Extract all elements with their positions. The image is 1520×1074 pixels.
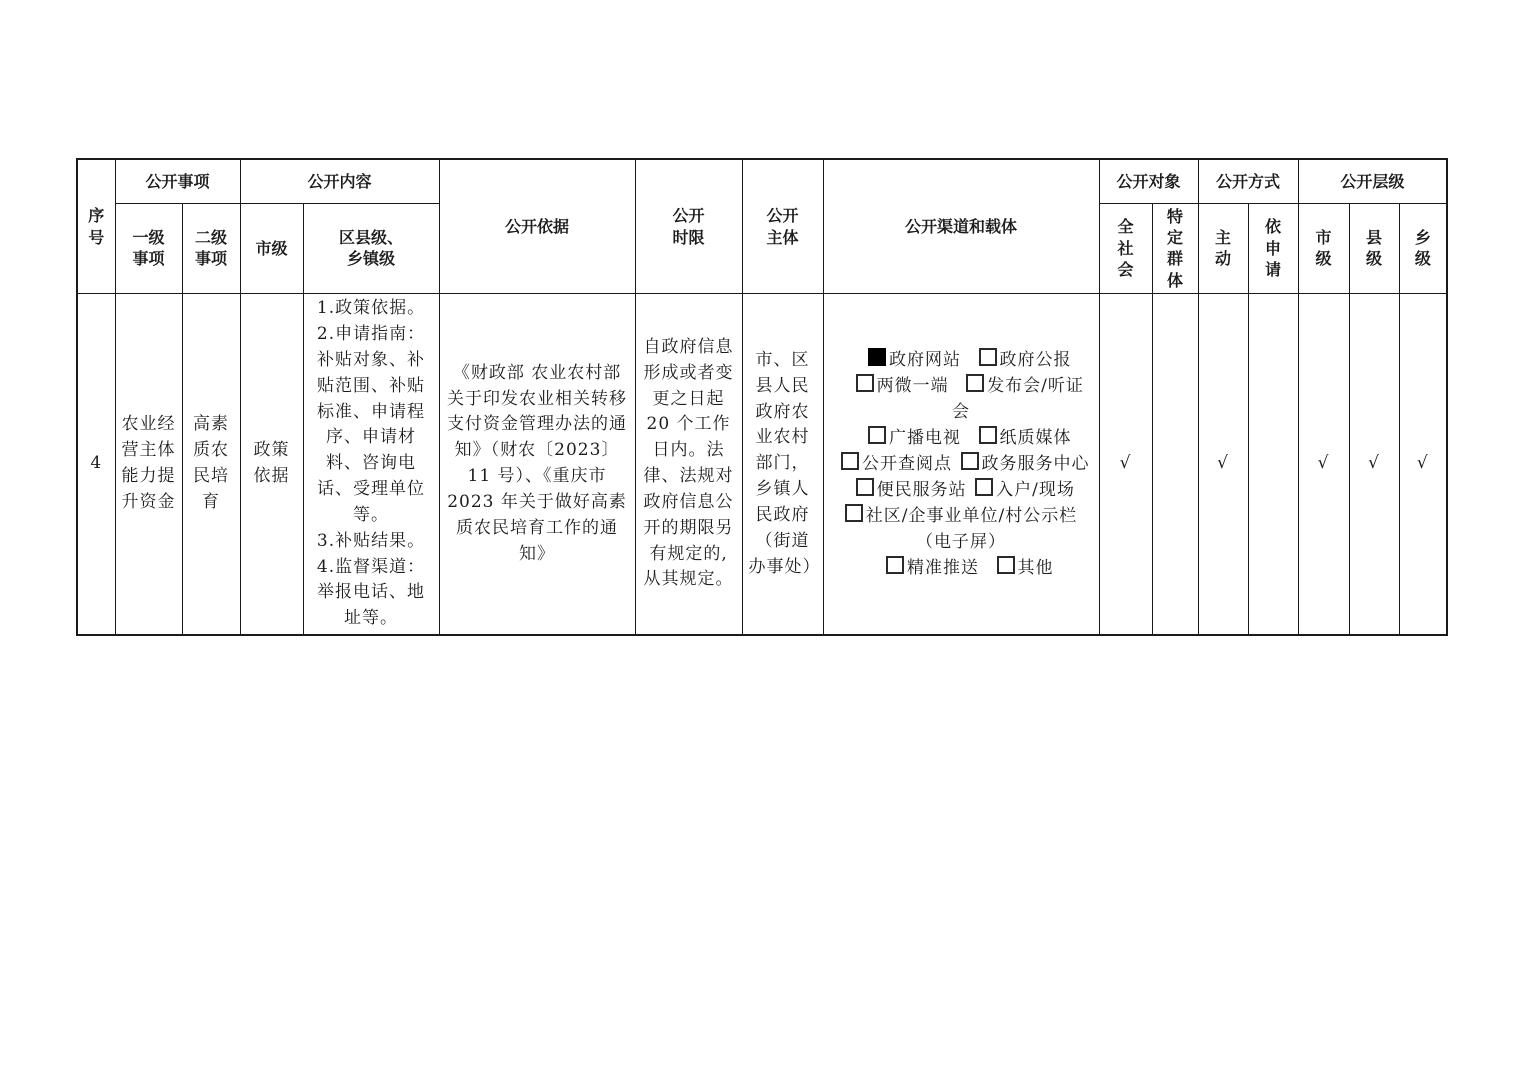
row-item-level1: 农业经营主体能力提升资金 [115, 294, 182, 635]
row-time-limit: 自政府信息形成或者变更之日起 20 个工作日内。法律、法规对政府信息公开的期限另… [635, 294, 742, 635]
mark-audience-specific [1152, 294, 1198, 635]
channels-cell: 政府网站政府公报两微一端发布会/听证会广播电视纸质媒体公开查阅点政务服务中心便民… [823, 294, 1099, 635]
row-content-district: 1.政策依据。 2.申请指南：补贴对象、补贴范围、补贴标准、申请程序、申请材料、… [303, 294, 439, 635]
header-audience-group: 公开对象 [1099, 159, 1198, 203]
mark-method-active: √ [1198, 294, 1248, 635]
mark-method-request [1248, 294, 1298, 635]
checkbox-unchecked-icon [979, 426, 997, 444]
header-method-request: 依 申 请 [1248, 203, 1298, 294]
header-level-township: 乡 级 [1399, 203, 1447, 294]
channel-item: 入户/现场 [975, 480, 1075, 500]
header-subject: 公开 主体 [742, 159, 823, 294]
channel-line: 公开查阅点政务服务中心 [830, 451, 1093, 477]
channel-item: 便民服务站 [847, 477, 975, 503]
checkbox-unchecked-icon [966, 374, 984, 392]
channel-item: 政府公报 [979, 350, 1072, 370]
header-method-active: 主 动 [1198, 203, 1248, 294]
checkbox-unchecked-icon [886, 556, 904, 574]
header-level-city: 市 级 [1298, 203, 1349, 294]
row-seq: 4 [77, 294, 115, 635]
checkbox-unchecked-icon [975, 478, 993, 496]
checkbox-unchecked-icon [856, 374, 874, 392]
header-content-group: 公开内容 [240, 159, 439, 203]
disclosure-table: 序 号 公开事项 公开内容 公开依据 公开 时限 公开 主体 公开渠道和载体 公… [76, 158, 1448, 636]
mark-level-city: √ [1298, 294, 1349, 635]
header-audience-specific: 特 定 群 体 [1152, 203, 1198, 294]
channel-item: 发布会/听证会 [952, 376, 1084, 422]
channel-line: 政府网站政府公报 [830, 347, 1093, 373]
row-item-level2: 高素质农民培育 [182, 294, 240, 635]
header-item-level1: 一级 事项 [115, 203, 182, 294]
channel-line: 精准推送其他 [830, 555, 1093, 581]
channel-item: 纸质媒体 [979, 428, 1072, 448]
row-basis: 《财政部 农业农村部关于印发农业相关转移支付资金管理办法的通知》（财农〔2023… [439, 294, 635, 635]
channel-item: 社区/企事业单位/村公示栏（电子屏） [845, 506, 1077, 552]
mark-level-county: √ [1349, 294, 1399, 635]
checkbox-unchecked-icon [845, 504, 863, 522]
document-page: 序 号 公开事项 公开内容 公开依据 公开 时限 公开 主体 公开渠道和载体 公… [0, 0, 1520, 1074]
channel-item: 政务服务中心 [961, 454, 1090, 474]
channel-line: 社区/企事业单位/村公示栏（电子屏） [830, 503, 1093, 555]
header-level-group: 公开层级 [1298, 159, 1447, 203]
channel-line: 广播电视纸质媒体 [830, 425, 1093, 451]
checkbox-unchecked-icon [961, 452, 979, 470]
checkbox-unchecked-icon [868, 426, 886, 444]
channel-line: 便民服务站入户/现场 [830, 477, 1093, 503]
header-items-group: 公开事项 [115, 159, 240, 203]
row-content-city: 政策依据 [240, 294, 303, 635]
row-subject: 市、区县人民政府农业农村部门，乡镇人民政府（街道办事处） [742, 294, 823, 635]
checkbox-unchecked-icon [979, 348, 997, 366]
mark-audience-public: √ [1099, 294, 1152, 635]
mark-level-township: √ [1399, 294, 1447, 635]
checkbox-unchecked-icon [997, 556, 1015, 574]
channel-item: 公开查阅点 [833, 451, 961, 477]
header-seq: 序 号 [77, 159, 115, 294]
header-method-group: 公开方式 [1198, 159, 1298, 203]
header-basis: 公开依据 [439, 159, 635, 294]
header-audience-public: 全 社 会 [1099, 203, 1152, 294]
header-time-limit: 公开 时限 [635, 159, 742, 294]
checkbox-unchecked-icon [841, 452, 859, 470]
checkbox-checked-icon [868, 348, 886, 366]
checkbox-unchecked-icon [856, 478, 874, 496]
header-content-city: 市级 [240, 203, 303, 294]
header-content-district: 区县级、 乡镇级 [303, 203, 439, 294]
channel-item: 其他 [997, 558, 1054, 578]
channel-item: 精准推送 [869, 555, 997, 581]
header-level-county: 县 级 [1349, 203, 1399, 294]
channel-line: 两微一端发布会/听证会 [830, 373, 1093, 425]
header-item-level2: 二级 事项 [182, 203, 240, 294]
channel-item: 政府网站 [851, 347, 979, 373]
header-channels: 公开渠道和载体 [823, 159, 1099, 294]
channel-item: 广播电视 [851, 425, 979, 451]
channel-item: 两微一端 [838, 373, 966, 399]
